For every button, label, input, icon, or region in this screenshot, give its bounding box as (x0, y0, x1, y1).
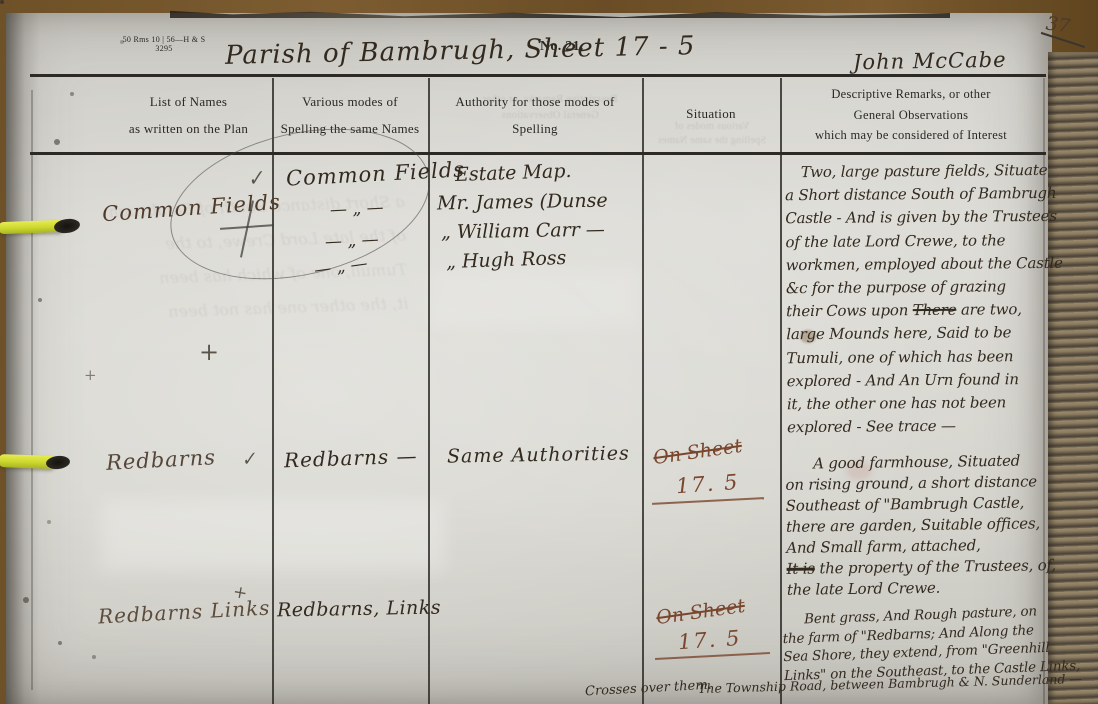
entry2-spelling-name: Redbarns — (284, 444, 418, 473)
entry1-authority-line4: „ Hugh Ross (446, 247, 567, 273)
entry1-ditto-2: — „ — (325, 230, 380, 253)
entry1-authority-line2: Mr. James (Dunse (437, 190, 608, 215)
paper-crease (31, 90, 33, 690)
bleedthrough-header-text-2: Various modes of Spelling the same Names (648, 120, 776, 148)
entry1-ditto-1: — „ — (330, 198, 385, 221)
struck-word: There (913, 301, 957, 319)
entry1-remarks: Two, large pasture fields, Situate a Sho… (785, 159, 1064, 440)
pencil-cross-mark-large (218, 200, 278, 260)
scanned-ledger-page: 50 Rms 10 | 56—H & S 3295 No. 21. Parish… (0, 0, 1098, 704)
paper-specks (0, 0, 4, 4)
column-divider-3 (642, 78, 644, 704)
table-top-rule (30, 74, 1046, 77)
pencil-plus-mark-1: + (199, 338, 219, 366)
entry2-remarks: A good farmhouse, Situated on rising gro… (785, 450, 1056, 601)
header-descriptive-remarks: Descriptive Remarks, or other General Ob… (780, 84, 1042, 146)
header-bottom-rule (30, 152, 1046, 155)
entry3-situation-sheet-number: 17. 5 (677, 626, 742, 654)
printer-imprint: 50 Rms 10 | 56—H & S 3295 (108, 35, 220, 53)
entry1-authority-line1: Estate Map. (455, 160, 572, 186)
entry1-authority-line3: „ William Carr — (441, 219, 605, 244)
header-list-of-names: List of Names as written on the Plan (105, 88, 272, 142)
pencil-plus-mark-2: + (84, 366, 97, 384)
column-divider-4 (780, 78, 782, 704)
entry2-situation-sheet-number: 17. 5 (675, 470, 740, 498)
surveyor-signature: John McCabe (853, 48, 1007, 75)
entry2-authority: Same Authorities (447, 442, 630, 467)
entry3-spelling-name: Redbarns, Links (277, 597, 441, 622)
paper-light-band-2 (430, 268, 640, 328)
struck-words: It is (786, 559, 814, 577)
binding-shadow (6, 13, 40, 704)
bleedthrough-header-text: Descriptive Remarks, or other General Ob… (475, 92, 625, 124)
